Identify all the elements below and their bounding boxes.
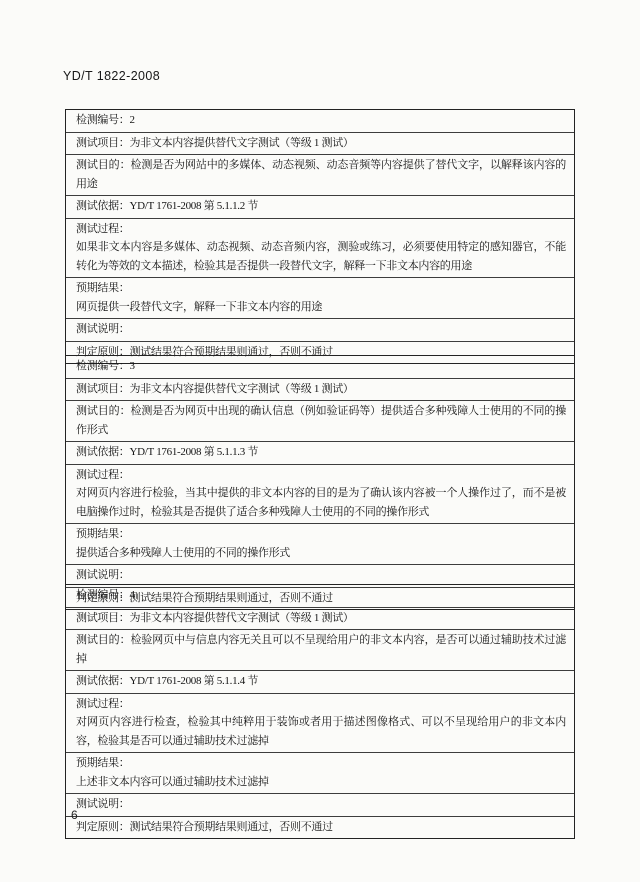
expected-result-text: 网页提供一段替代文字，解释一下非文本内容的用途 bbox=[76, 298, 566, 317]
test-id-row: 检测编号：2 bbox=[66, 110, 574, 132]
test-id-row: 检测编号：4 bbox=[66, 585, 574, 607]
expected-result-row: 预期结果： 网页提供一段替代文字，解释一下非文本内容的用途 bbox=[66, 277, 574, 318]
judgment-rule-row: 判定原则：测试结果符合预期结果则通过，否则不通过 bbox=[66, 816, 574, 839]
test-procedure-text: 对网页内容进行检查，检验其中纯粹用于装饰或者用于描述图像格式、可以不呈现给用户的… bbox=[76, 713, 566, 750]
document-page: YD/T 1822-2008 检测编号：2 测试项目：为非文本内容提供替代文字测… bbox=[0, 0, 640, 882]
standard-number-header: YD/T 1822-2008 bbox=[63, 69, 160, 83]
test-notes-row: 测试说明： bbox=[66, 793, 574, 816]
test-procedure-text: 如果非文本内容是多媒体、动态视频、动态音频内容，测验或练习，必须要使用特定的感知… bbox=[76, 238, 566, 275]
test-item-row: 测试项目：为非文本内容提供替代文字测试（等级 1 测试） bbox=[66, 132, 574, 155]
test-procedure-text: 对网页内容进行检验，当其中提供的非文本内容的目的是为了确认该内容被一个人操作过了… bbox=[76, 484, 566, 521]
test-basis-row: 测试依据：YD/T 1761-2008 第 5.1.1.2 节 bbox=[66, 195, 574, 218]
test-record-table-4: 检测编号：4 测试项目：为非文本内容提供替代文字测试（等级 1 测试） 测试目的… bbox=[65, 584, 575, 839]
expected-result-text: 提供适合多种残障人士使用的不同的操作形式 bbox=[76, 544, 566, 563]
page-number: 6 bbox=[71, 808, 78, 822]
test-item-row: 测试项目：为非文本内容提供替代文字测试（等级 1 测试） bbox=[66, 378, 574, 401]
test-purpose-row: 测试目的：检测是否为网页中出现的确认信息（例如验证码等）提供适合多种残障人士使用… bbox=[66, 400, 574, 441]
test-record-table-3: 检测编号：3 测试项目：为非文本内容提供替代文字测试（等级 1 测试） 测试目的… bbox=[65, 355, 575, 610]
test-purpose-row: 测试目的：检测是否为网站中的多媒体、动态视频、动态音频等内容提供了替代文字，以解… bbox=[66, 154, 574, 195]
test-procedure-label: 测试过程： bbox=[76, 695, 566, 714]
test-procedure-row: 测试过程： 如果非文本内容是多媒体、动态视频、动态音频内容，测验或练习，必须要使… bbox=[66, 218, 574, 278]
test-basis-row: 测试依据：YD/T 1761-2008 第 5.1.1.3 节 bbox=[66, 441, 574, 464]
test-basis-row: 测试依据：YD/T 1761-2008 第 5.1.1.4 节 bbox=[66, 670, 574, 693]
test-item-row: 测试项目：为非文本内容提供替代文字测试（等级 1 测试） bbox=[66, 607, 574, 630]
expected-result-label: 预期结果： bbox=[76, 754, 566, 773]
expected-result-text: 上述非文本内容可以通过辅助技术过滤掉 bbox=[76, 773, 566, 792]
expected-result-row: 预期结果： 上述非文本内容可以通过辅助技术过滤掉 bbox=[66, 752, 574, 793]
test-id-row: 检测编号：3 bbox=[66, 356, 574, 378]
test-procedure-row: 测试过程： 对网页内容进行检查，检验其中纯粹用于装饰或者用于描述图像格式、可以不… bbox=[66, 693, 574, 753]
test-procedure-row: 测试过程： 对网页内容进行检验，当其中提供的非文本内容的目的是为了确认该内容被一… bbox=[66, 464, 574, 524]
test-purpose-row: 测试目的：检验网页中与信息内容无关且可以不呈现给用户的非文本内容，是否可以通过辅… bbox=[66, 629, 574, 670]
test-procedure-label: 测试过程： bbox=[76, 220, 566, 239]
test-record-table-2: 检测编号：2 测试项目：为非文本内容提供替代文字测试（等级 1 测试） 测试目的… bbox=[65, 109, 575, 364]
expected-result-row: 预期结果： 提供适合多种残障人士使用的不同的操作形式 bbox=[66, 523, 574, 564]
test-notes-row: 测试说明： bbox=[66, 318, 574, 341]
test-procedure-label: 测试过程： bbox=[76, 466, 566, 485]
expected-result-label: 预期结果： bbox=[76, 525, 566, 544]
expected-result-label: 预期结果： bbox=[76, 279, 566, 298]
